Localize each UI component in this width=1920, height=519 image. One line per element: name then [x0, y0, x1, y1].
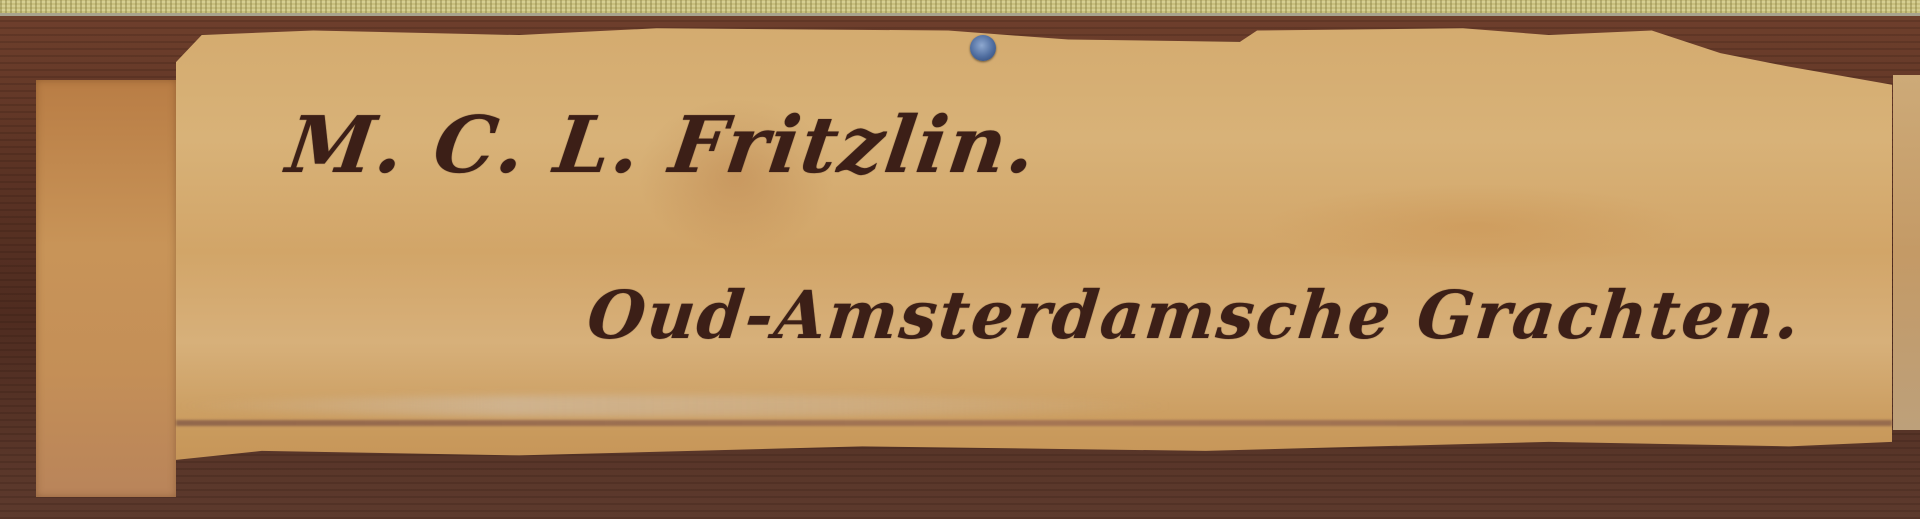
pin-icon [970, 35, 996, 61]
handwritten-artist-name: M. C. L. Fritzlin. [282, 100, 1044, 191]
left-paper-remnant [36, 80, 176, 497]
right-paper-remnant [1893, 75, 1920, 430]
paper-crease [176, 420, 1892, 426]
photo-scene: M. C. L. Fritzlin. Oud-Amsterdamsche Gra… [0, 0, 1920, 519]
handwritten-title: Oud-Amsterdamsche Grachten. [584, 276, 1805, 354]
paper-light-stain [176, 395, 1176, 417]
